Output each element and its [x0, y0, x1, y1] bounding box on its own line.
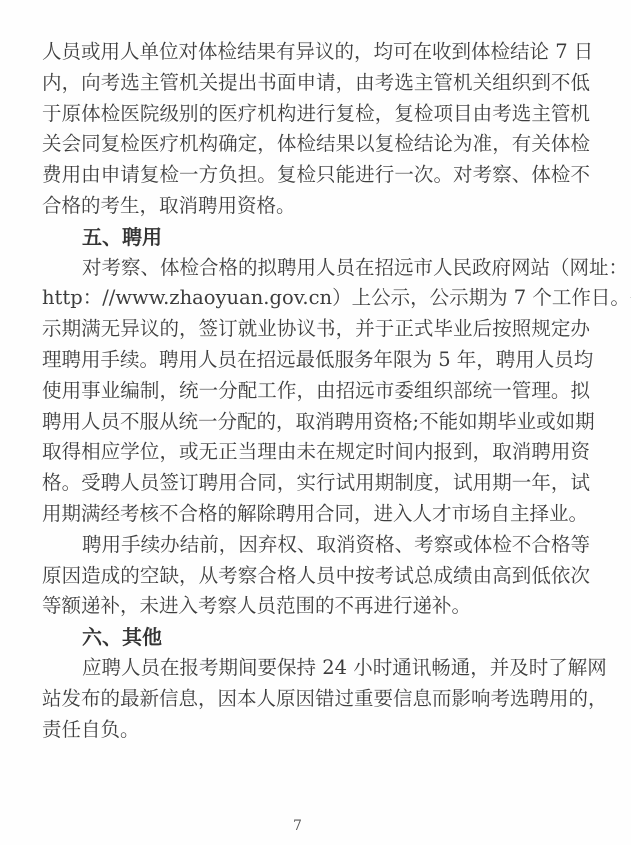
- section-heading-other: 六、其他: [42, 622, 590, 653]
- paragraph-communication-notice: 应聘人员在报考期间要保持 24 小时通讯畅通，并及时了解网 站发布的最新信息，因…: [42, 653, 590, 745]
- document-body: 人员或用人单位对体检结果有异议的，均可在收到体检结论 7 日 内，向考选主管机关…: [42, 37, 590, 745]
- page-footer: 7: [0, 815, 596, 834]
- text-line: 合格的考生，取消聘用资格。: [42, 191, 590, 222]
- text-line: 于原体检医院级别的医疗机构进行复检，复检项目由考选主管机: [42, 99, 590, 130]
- text-line: 用期满经考核不合格的解除聘用合同，进入人才市场自主择业。: [42, 499, 590, 530]
- text-line: 聘用人员不服从统一分配的，取消聘用资格;不能如期毕业或如期: [42, 407, 590, 438]
- paragraph-vacancy-replacement: 聘用手续办结前，因弃权、取消资格、考察或体检不合格等 原因造成的空缺，从考察合格…: [42, 530, 590, 622]
- text-line: 责任自负。: [42, 715, 590, 746]
- text-line: 内，向考选主管机关提出书面申请，由考选主管机关组织到不低: [42, 68, 590, 99]
- text-line: 聘用手续办结前，因弃权、取消资格、考察或体检不合格等: [42, 530, 590, 561]
- text-line: http：//www.zhaoyuan.gov.cn）上公示，公示期为 7 个工…: [42, 283, 590, 314]
- text-line: 取得相应学位，或无正当理由未在规定时间内报到，取消聘用资: [42, 437, 590, 468]
- text-line: 理聘用手续。聘用人员在招远最低服务年限为 5 年，聘用人员均: [42, 345, 590, 376]
- page-number: 7: [293, 818, 303, 834]
- text-line: 人员或用人单位对体检结果有异议的，均可在收到体检结论 7 日: [42, 37, 590, 68]
- paragraph-employment-terms: 对考察、体检合格的拟聘用人员在招远市人民政府网站（网址： http：//www.…: [42, 253, 590, 530]
- text-line: 费用由申请复检一方负担。复检只能进行一次。对考察、体检不: [42, 160, 590, 191]
- text-line: 示期满无异议的，签订就业协议书，并于正式毕业后按照规定办: [42, 314, 590, 345]
- text-line: 对考察、体检合格的拟聘用人员在招远市人民政府网站（网址：: [42, 253, 590, 284]
- text-line: 格。受聘人员签订聘用合同，实行试用期制度，试用期一年，试: [42, 468, 590, 499]
- scanned-document-page: 人员或用人单位对体检结果有异议的，均可在收到体检结论 7 日 内，向考选主管机关…: [0, 0, 631, 845]
- text-line: 使用事业编制，统一分配工作，由招远市委组织部统一管理。拟: [42, 376, 590, 407]
- text-line: 应聘人员在报考期间要保持 24 小时通讯畅通，并及时了解网: [42, 653, 590, 684]
- text-line: 原因造成的空缺，从考察合格人员中按考试总成绩由高到低依次: [42, 561, 590, 592]
- paragraph-medical-recheck: 人员或用人单位对体检结果有异议的，均可在收到体检结论 7 日 内，向考选主管机关…: [42, 37, 590, 222]
- text-line: 关会同复检医疗机构确定，体检结果以复检结论为准，有关体检: [42, 129, 590, 160]
- text-line: 等额递补，未进入考察人员范围的不再进行递补。: [42, 591, 590, 622]
- section-heading-employment: 五、聘用: [42, 222, 590, 253]
- text-line: 站发布的最新信息，因本人原因错过重要信息而影响考选聘用的，: [42, 684, 590, 715]
